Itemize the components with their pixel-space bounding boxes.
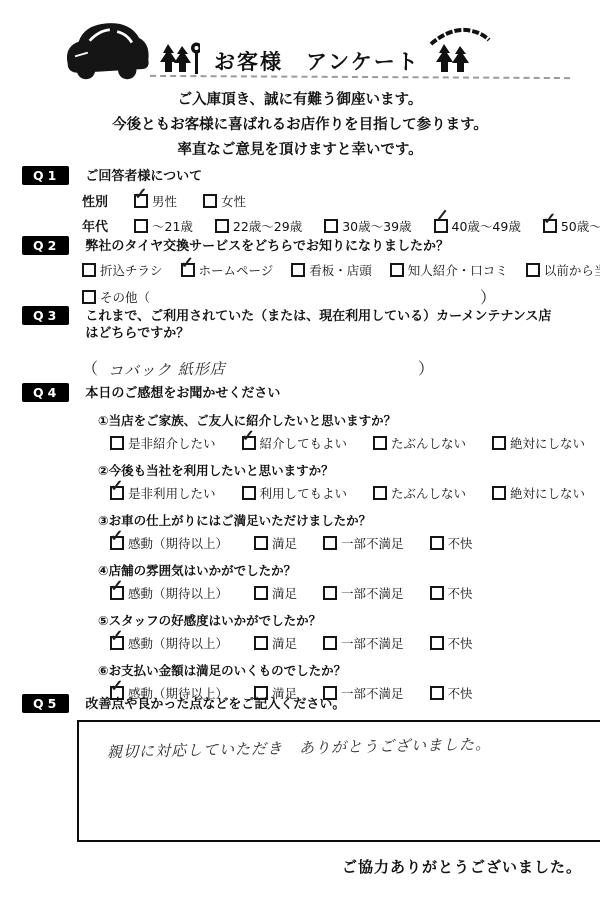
- gender-option-male: 男性: [134, 192, 177, 210]
- age-option: 30歳～39歳: [324, 217, 411, 235]
- checkbox-recommend-never[interactable]: [492, 436, 506, 450]
- checkbox-reuse-probably-not[interactable]: [373, 486, 387, 500]
- q2-option: 知人紹介・口コミ: [390, 261, 508, 279]
- option-label: 以前から当店を利用: [544, 261, 600, 279]
- checkbox-finish-impressed[interactable]: [110, 536, 124, 550]
- q4-question-5: ⑤スタッフの好感度はいかがでしたか？: [98, 611, 582, 629]
- checkbox-age-22-29[interactable]: [215, 219, 229, 233]
- q4-question-6: ⑥お支払い金額は満足のいくものでしたか？: [98, 661, 582, 679]
- option-label: 50歳～: [561, 217, 600, 235]
- option-label: 紹介してもよい: [260, 434, 348, 452]
- checkbox-signboard[interactable]: [291, 263, 305, 277]
- option-label: 看板・店頭: [309, 261, 372, 279]
- q3-handwritten-answer: コバック 紙形店: [98, 354, 418, 382]
- q4-question-3: ③お車の仕上がりにはご満足いただけましたか？: [98, 511, 582, 529]
- q3-title: これまで、ご利用されていた（または、現在利用している）カーメンテナンス店はどちら…: [85, 306, 555, 342]
- checkbox-age-50plus[interactable]: [543, 219, 557, 233]
- option-label: 満足: [272, 584, 297, 602]
- checkbox-age-under21[interactable]: [134, 219, 148, 233]
- q4-item-3: ③お車の仕上がりにはご満足いただけましたか？ 感動（期待以上） 満足 一部不満足…: [82, 511, 582, 552]
- q4-3-option: 不快: [430, 534, 473, 552]
- q5-comment-box[interactable]: 親切に対応していただき ありがとうございました。: [77, 720, 600, 842]
- option-label: 折込チラシ: [100, 261, 163, 279]
- intro-line-3: 率直なご意見を頂けますと幸いです。: [0, 138, 600, 163]
- option-label: ～21歳: [152, 217, 193, 235]
- q2-option: 折込チラシ: [82, 261, 163, 279]
- age-option: 22歳～29歳: [215, 217, 302, 235]
- q4-2-option: 絶対にしない: [492, 484, 585, 502]
- q5-badge: Q5: [22, 694, 69, 713]
- car-icon: [60, 16, 156, 82]
- checkbox-recommend-definitely[interactable]: [110, 436, 124, 450]
- checkbox-atmosphere-satisfied[interactable]: [254, 586, 268, 600]
- checkbox-staff-partly-unsatisfied[interactable]: [323, 636, 337, 650]
- q4-1-option: 紹介してもよい: [242, 434, 348, 452]
- checkbox-other[interactable]: [82, 290, 96, 304]
- q4-2-option: 利用してもよい: [242, 484, 348, 502]
- q4-3-option: 満足: [254, 534, 297, 552]
- age-label: 年代: [82, 216, 134, 235]
- option-label: 一部不満足: [341, 584, 404, 602]
- q5-handwritten-answer: 親切に対応していただき ありがとうございました。: [107, 731, 593, 762]
- option-label: たぶんしない: [391, 484, 466, 502]
- option-label: ホームページ: [199, 261, 274, 279]
- checkbox-homepage[interactable]: [181, 263, 195, 277]
- age-option: 40歳～49歳: [434, 217, 521, 235]
- q4-5-option: 一部不満足: [323, 634, 404, 652]
- option-label: 是非利用したい: [128, 484, 216, 502]
- checkbox-finish-satisfied[interactable]: [254, 536, 268, 550]
- section-q3: Q3 これまで、ご利用されていた（または、現在利用している）カーメンテナンス店は…: [22, 306, 582, 379]
- intro-line-1: ご入庫頂き、誠に有難う御座います。: [0, 88, 600, 113]
- q2-badge: Q2: [22, 236, 69, 255]
- age-option: 50歳～: [543, 217, 600, 235]
- checkbox-flyer[interactable]: [82, 263, 96, 277]
- gender-label: 性別: [82, 191, 134, 210]
- close-paren: ）: [418, 356, 434, 379]
- arc-swoosh-icon: [428, 24, 492, 48]
- section-q2: Q2 弊社のタイヤ交換サービスをどちらでお知りになりましたか？ 折込チラシ ホー…: [22, 236, 582, 308]
- q4-1-option: たぶんしない: [373, 434, 466, 452]
- close-paren: ）: [480, 285, 496, 308]
- q2-option: 看板・店頭: [291, 261, 372, 279]
- checkbox-reuse-never[interactable]: [492, 486, 506, 500]
- checkbox-recommend-maybe[interactable]: [242, 436, 256, 450]
- option-label: 絶対にしない: [510, 434, 585, 452]
- checkbox-male[interactable]: [134, 194, 148, 208]
- q4-5-option: 感動（期待以上）: [110, 634, 228, 652]
- checkbox-reuse-definitely[interactable]: [110, 486, 124, 500]
- q4-question-4: ④店舗の雰囲気はいかがでしたか？: [98, 561, 582, 579]
- intro-text: ご入庫頂き、誠に有難う御座います。 今後ともお客様に喜ばれるお店作りを目指して参…: [0, 88, 600, 163]
- option-label: 知人紹介・口コミ: [408, 261, 508, 279]
- checkbox-atmosphere-partly-unsatisfied[interactable]: [323, 586, 337, 600]
- checkbox-staff-unpleasant[interactable]: [430, 636, 444, 650]
- q2-option: 以前から当店を利用: [526, 261, 600, 279]
- q4-badge: Q4: [22, 383, 69, 402]
- open-paren: （: [82, 356, 98, 379]
- option-label: たぶんしない: [391, 434, 466, 452]
- section-q1: Q1 ご回答者様について 性別 男性 女性 年代 ～21歳: [22, 166, 582, 235]
- option-label: 女性: [221, 192, 246, 210]
- q4-item-1: ①当店をご家族、ご友人に紹介したいと思いますか？ 是非紹介したい 紹介してもよい…: [82, 411, 582, 452]
- option-label: 利用してもよい: [260, 484, 348, 502]
- survey-form-page: お客様 アンケート ご入庫頂き、誠に有難う御座います。 今後ともお客様に喜ばれる…: [0, 0, 600, 900]
- checkbox-age-30-39[interactable]: [324, 219, 338, 233]
- page-title: お客様 アンケート: [214, 46, 420, 76]
- q4-5-option: 満足: [254, 634, 297, 652]
- checkbox-staff-satisfied[interactable]: [254, 636, 268, 650]
- pine-trees-icon: [158, 42, 200, 76]
- q4-1-option: 絶対にしない: [492, 434, 585, 452]
- checkbox-existing-customer[interactable]: [526, 263, 540, 277]
- option-label: 一部不満足: [341, 534, 404, 552]
- option-label: 30歳～39歳: [342, 217, 411, 235]
- checkbox-finish-unpleasant[interactable]: [430, 536, 444, 550]
- age-option: ～21歳: [134, 217, 193, 235]
- q1-badge: Q1: [22, 166, 69, 185]
- option-label: 満足: [272, 534, 297, 552]
- q4-item-2: ②今後も当社を利用したいと思いますか？ 是非利用したい 利用してもよい たぶんし…: [82, 461, 582, 502]
- header: お客様 アンケート: [0, 10, 600, 88]
- option-label: 感動（期待以上）: [128, 534, 228, 552]
- q2-title: 弊社のタイヤ交換サービスをどちらでお知りになりましたか？: [85, 236, 449, 255]
- option-label: 感動（期待以上）: [128, 584, 228, 602]
- footer-thanks: ご協力ありがとうございました。: [342, 856, 582, 877]
- option-label: 40歳～49歳: [452, 217, 521, 235]
- section-q5: Q5 改善点や良かった点などをご記入ください。 親切に対応していただき ありがと…: [22, 694, 582, 854]
- checkbox-female[interactable]: [203, 194, 217, 208]
- q4-question-2: ②今後も当社を利用したいと思いますか？: [98, 461, 582, 479]
- q4-2-option: たぶんしない: [373, 484, 466, 502]
- option-label: 是非紹介したい: [128, 434, 216, 452]
- q4-title: 本日のご感想をお聞かせください: [85, 383, 280, 402]
- option-label: その他（: [100, 288, 150, 306]
- q3-answer-area[interactable]: （ コバック 紙形店 ）: [82, 356, 582, 379]
- checkbox-staff-impressed[interactable]: [110, 636, 124, 650]
- q1-title: ご回答者様について: [85, 166, 202, 185]
- q4-2-option: 是非利用したい: [110, 484, 216, 502]
- option-label: 22歳～29歳: [233, 217, 302, 235]
- q4-3-option: 感動（期待以上）: [110, 534, 228, 552]
- q2-option-other: その他（: [82, 288, 150, 306]
- q4-question-1: ①当店をご家族、ご友人に紹介したいと思いますか？: [98, 411, 582, 429]
- q4-3-option: 一部不満足: [323, 534, 404, 552]
- intro-line-2: 今後ともお客様に喜ばれるお店作りを目指して参ります。: [0, 113, 600, 138]
- checkbox-age-40-49[interactable]: [434, 219, 448, 233]
- option-label: 不快: [448, 584, 473, 602]
- checkbox-atmosphere-impressed[interactable]: [110, 586, 124, 600]
- checkbox-recommend-probably-not[interactable]: [373, 436, 387, 450]
- option-label: 感動（期待以上）: [128, 634, 228, 652]
- q4-4-option: 一部不満足: [323, 584, 404, 602]
- option-label: 不快: [448, 534, 473, 552]
- q3-badge: Q3: [22, 306, 69, 325]
- q4-4-option: 感動（期待以上）: [110, 584, 228, 602]
- q2-option: ホームページ: [181, 261, 274, 279]
- option-label: 一部不満足: [341, 634, 404, 652]
- q4-4-option: 満足: [254, 584, 297, 602]
- option-label: 男性: [152, 192, 177, 210]
- q5-title: 改善点や良かった点などをご記入ください。: [85, 694, 345, 713]
- option-label: 不快: [448, 634, 473, 652]
- q4-5-option: 不快: [430, 634, 473, 652]
- checkbox-referral[interactable]: [390, 263, 404, 277]
- checkbox-finish-partly-unsatisfied[interactable]: [323, 536, 337, 550]
- checkbox-reuse-maybe[interactable]: [242, 486, 256, 500]
- q4-item-4: ④店舗の雰囲気はいかがでしたか？ 感動（期待以上） 満足 一部不満足 不快: [82, 561, 582, 602]
- section-q4: Q4 本日のご感想をお聞かせください ①当店をご家族、ご友人に紹介したいと思いま…: [22, 383, 582, 702]
- gender-option-female: 女性: [203, 192, 246, 210]
- header-divider: [150, 75, 570, 79]
- q4-1-option: 是非紹介したい: [110, 434, 216, 452]
- checkbox-atmosphere-unpleasant[interactable]: [430, 586, 444, 600]
- option-label: 満足: [272, 634, 297, 652]
- q4-4-option: 不快: [430, 584, 473, 602]
- q4-item-5: ⑤スタッフの好感度はいかがでしたか？ 感動（期待以上） 満足 一部不満足 不快: [82, 611, 582, 652]
- option-label: 絶対にしない: [510, 484, 585, 502]
